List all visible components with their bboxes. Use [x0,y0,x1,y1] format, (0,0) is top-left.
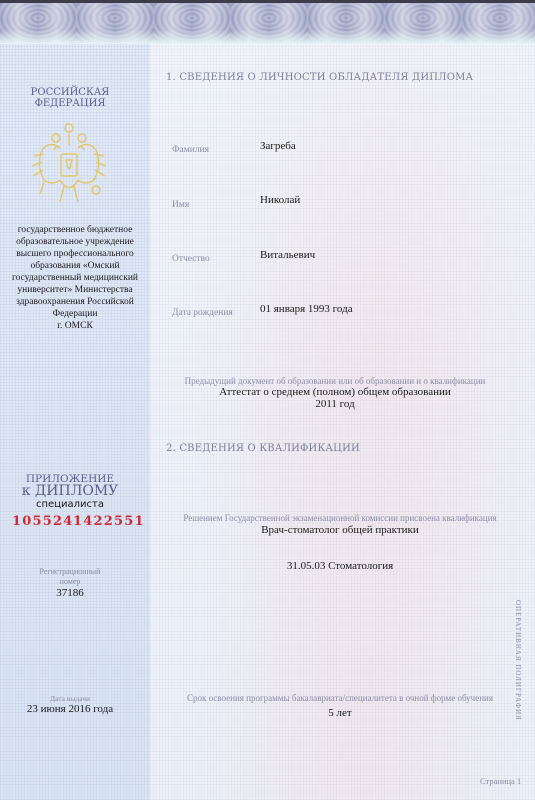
guilloche-top-border [0,0,535,44]
right-panel [150,44,535,800]
appendix-subtitle: к ДИПЛОМУ [0,483,140,499]
country-name-line2: ФЕДЕРАЦИЯ [0,98,140,109]
printer-side-mark: ОПЕРАТИВНАЯ ПОЛИГРАФИЯ [514,600,522,721]
surname-label: Фамилия [172,145,209,155]
issue-date: 23 июня 2016 года [0,703,140,715]
section-1-title: 1. СВЕДЕНИЯ О ЛИЧНОСТИ ОБЛАДАТЕЛЯ ДИПЛОМ… [166,72,473,83]
patronymic-label: Отчество [172,254,210,264]
birth-date-value: 01 января 1993 года [260,303,353,315]
serial-series: 105524 [12,514,73,529]
prev-doc-value: Аттестат о среднем (полном) общем образо… [160,386,510,398]
section-2-title: 2. СВЕДЕНИЯ О КВАЛИФИКАЦИИ [166,443,360,454]
surname-value: Загреба [260,140,296,152]
scan-edge [0,0,535,3]
prev-doc-year: 2011 год [160,398,510,410]
qualification-label: Решением Государственной экзаменационной… [160,513,520,523]
appendix-degree: специалиста [0,499,140,510]
reg-number-label-line2: номер [0,577,140,586]
issue-date-label: Дата выдачи [0,694,140,703]
reg-number: 37186 [0,587,140,599]
duration-value: 5 лет [160,707,520,719]
first-name-label: Имя [172,200,189,210]
duration-label: Срок освоения программы бакалавриата/спе… [160,693,520,703]
specialty: 31.05.03 Стоматология [160,560,520,572]
patronymic-value: Витальевич [260,249,315,261]
prev-doc-label: Предыдущий документ об образовании или о… [160,376,510,386]
coat-of-arms-icon [30,120,108,210]
page-number: Страница 1 [480,776,521,786]
reg-number-label-line1: Регистрационный [0,567,140,576]
country-name-line1: РОССИЙСКАЯ [0,87,140,98]
serial-number: 1422551 [73,514,145,529]
birth-date-label: Дата рождения [172,308,233,318]
first-name-value: Николай [260,194,300,206]
qualification-value: Врач-стоматолог общей практики [160,524,520,536]
